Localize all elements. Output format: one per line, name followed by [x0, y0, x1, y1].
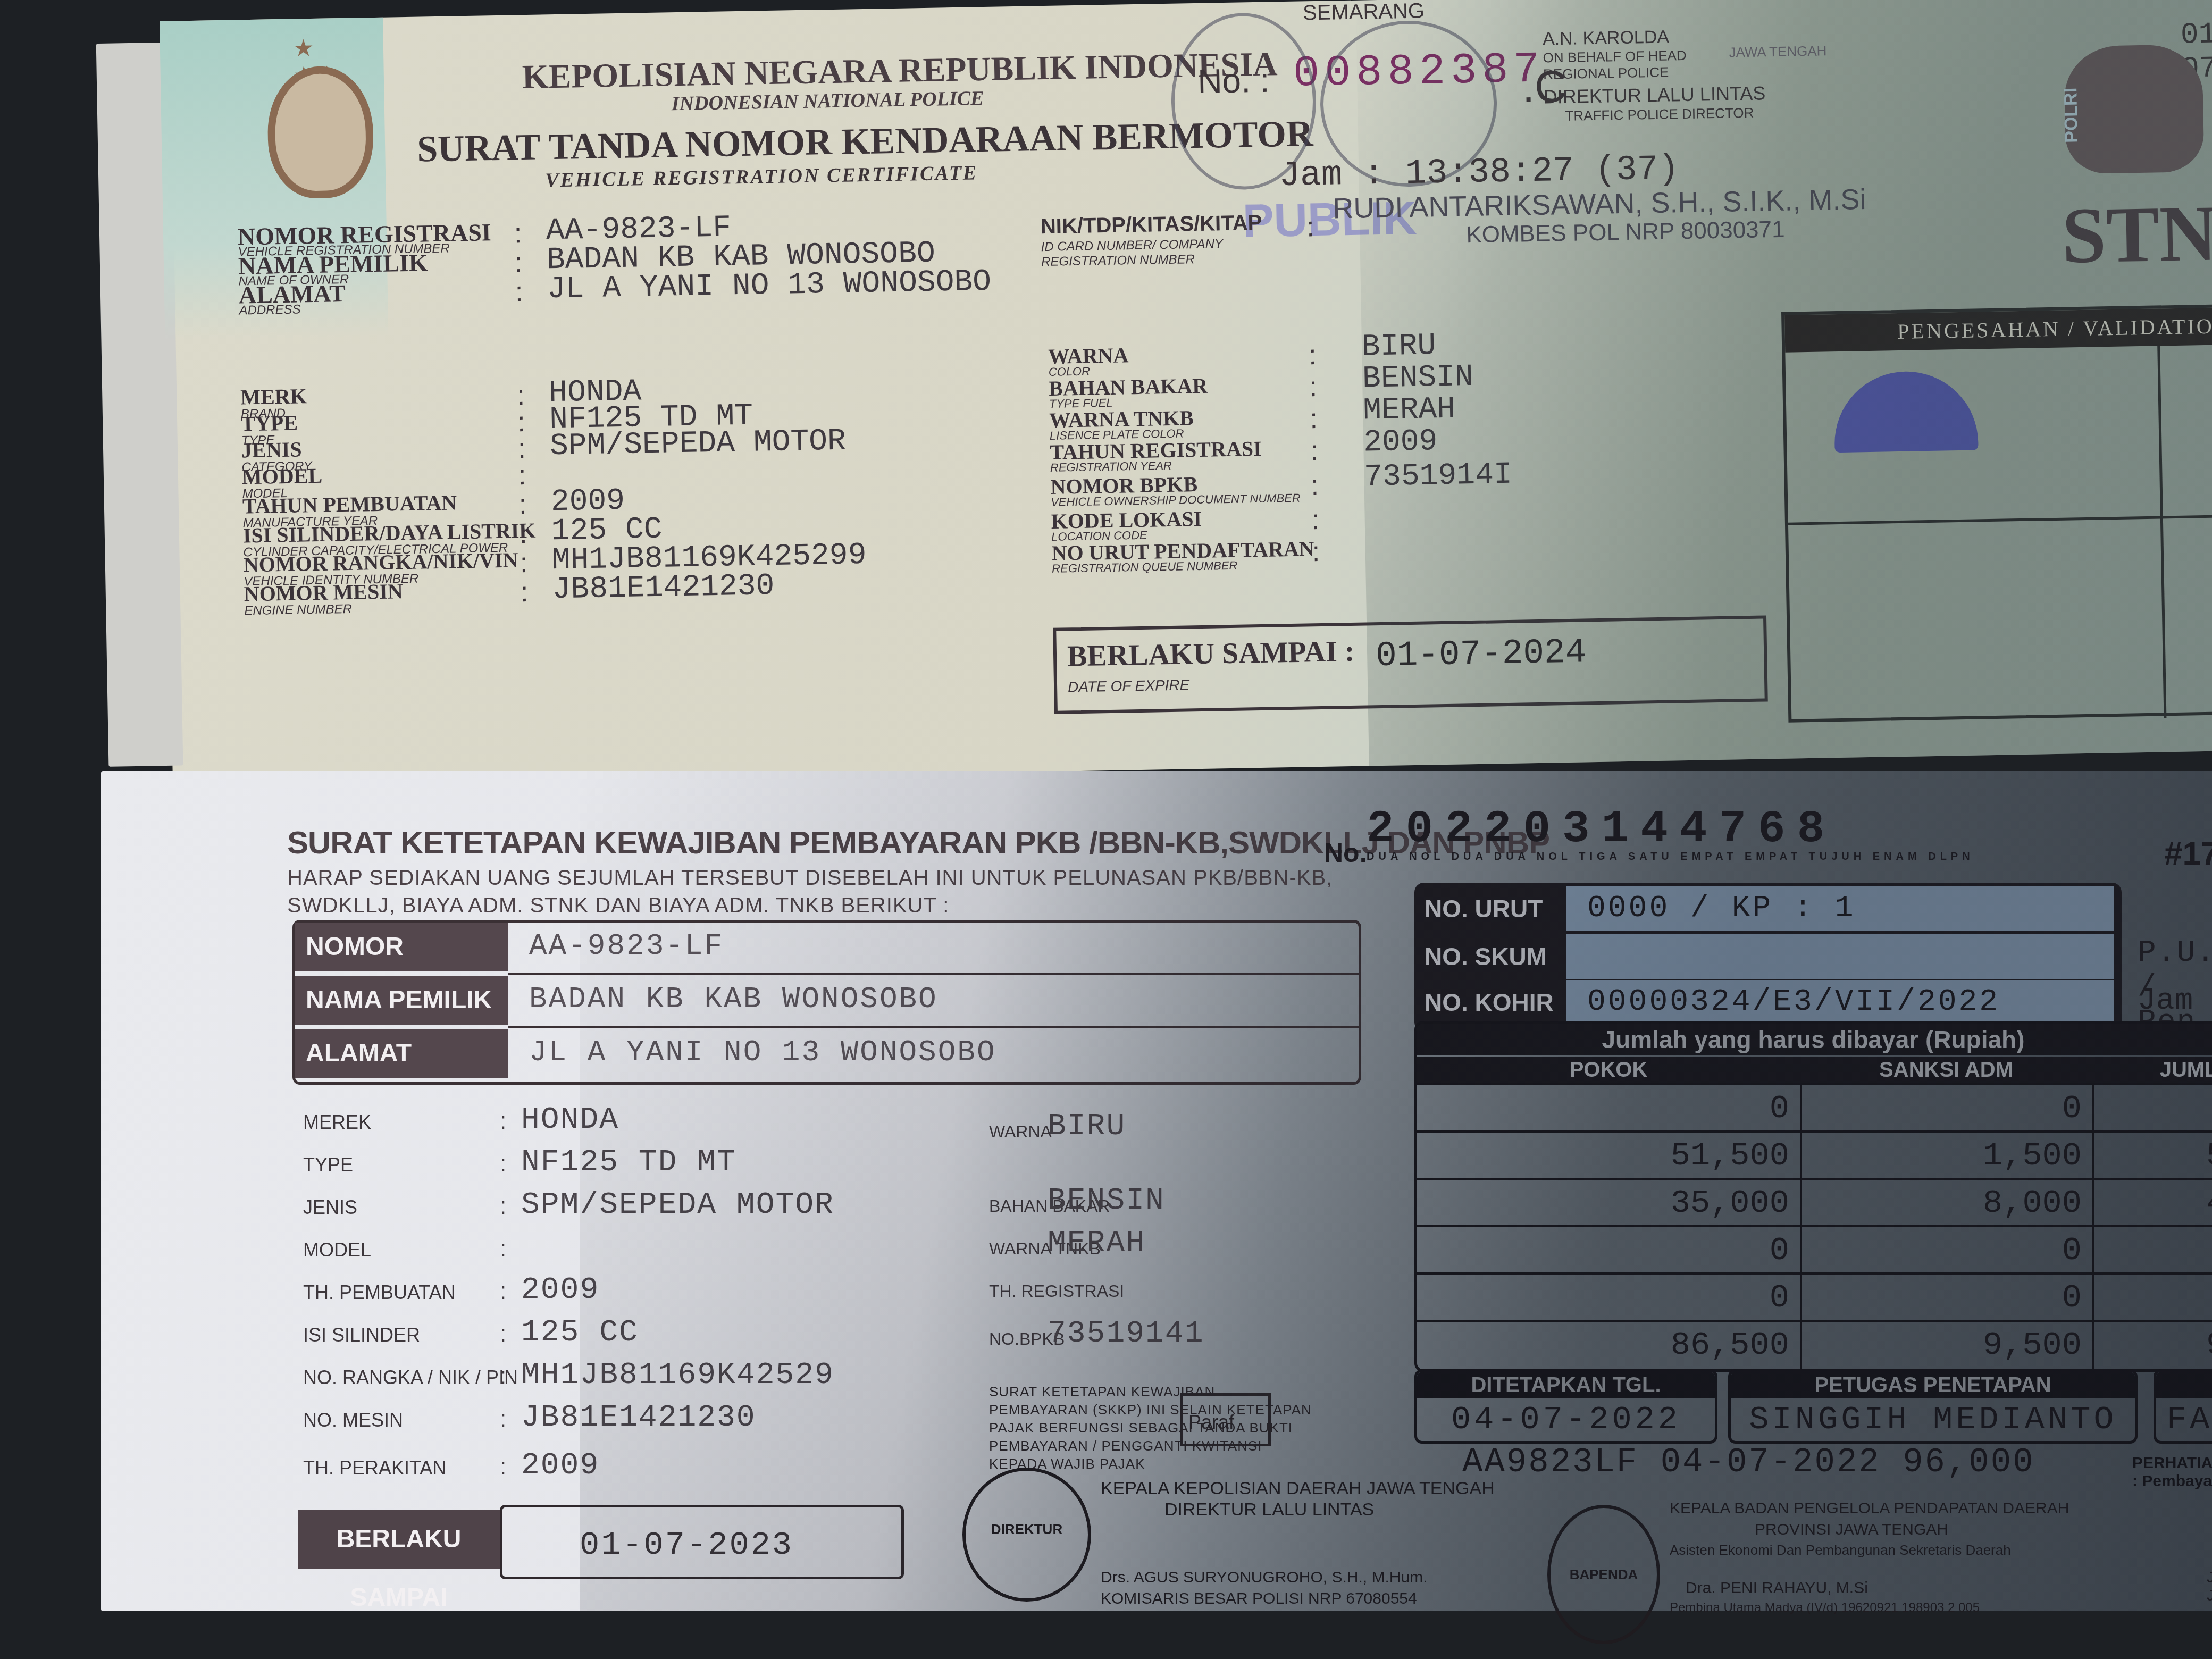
expiry-label: BERLAKU SAMPAI : [1067, 636, 1355, 671]
field-colon: : [1309, 371, 1317, 403]
field-colon: : [520, 576, 528, 608]
skkp-field-label: TYPE [303, 1154, 353, 1176]
shadow-overlay [580, 771, 2212, 1611]
expiry-label: BERLAKU SAMPAI [298, 1510, 500, 1569]
field-label: BAHAN BAKAR [1049, 375, 1208, 399]
skkp-field-colon: : [500, 1278, 506, 1305]
stnk-card: ★★★ KEPOLISIAN NEGARA REPUBLIK INDONESIA… [160, 0, 2212, 787]
skkp-field-label: JENIS [303, 1196, 357, 1219]
skkp-field-colon: : [500, 1454, 506, 1480]
field-sublabel: REGISTRATION YEAR [1050, 459, 1172, 475]
field-colon: : [1311, 504, 1319, 536]
skkp-field-colon: : [500, 1193, 506, 1220]
skkp-field-colon: : [500, 1108, 506, 1135]
field-label: TYPE [241, 413, 298, 435]
nik-sub: ID CARD NUMBER/ COMPANY REGISTRATION NUM… [1041, 235, 1318, 270]
field-value: JB81E1421230 [552, 569, 775, 607]
skkp-field-label: TH. PEMBUATAN [303, 1281, 456, 1304]
agency-name-en: INDONESIAN NATIONAL POLICE [671, 87, 984, 115]
field-colon: : [515, 247, 523, 279]
reg-number-label: NOMOR REGISTRASI [295, 923, 508, 971]
skkp-field-colon: : [500, 1236, 506, 1262]
field-colon: : [1311, 470, 1319, 501]
field-colon: : [1309, 339, 1317, 371]
shadow-overlay [1356, 0, 2212, 766]
field-label: WARNA [1048, 345, 1129, 367]
address-label: ALAMAT [295, 1029, 508, 1078]
skkp-field-label: TH. PERAKITAN [303, 1457, 446, 1479]
field-colon: : [1310, 435, 1318, 467]
field-sublabel: ADDRESS [239, 302, 301, 318]
field-sublabel: ENGINE NUMBER [244, 602, 352, 619]
field-value: SPM/SEPEDA MOTOR [550, 424, 847, 464]
field-colon: : [519, 518, 527, 550]
skkp-field-colon: : [500, 1363, 506, 1390]
skkp-field-label: MEREK [303, 1111, 371, 1134]
skkp-card: SURAT KETETAPAN KEWAJIBAN PEMBAYARAN PKB… [101, 771, 2212, 1611]
field-label: JENIS [241, 439, 302, 461]
expiry-sub: DATE OF EXPIRE [1068, 676, 1190, 696]
field-label: MERK [240, 386, 307, 408]
nik-colon: : [1306, 211, 1314, 243]
owner-label: NAMA PEMILIK [295, 976, 508, 1025]
field-sublabel: REGISTRATION QUEUE NUMBER [1052, 559, 1238, 576]
field-colon: : [518, 459, 526, 491]
field-colon: : [1310, 403, 1318, 435]
skkp-field-label: ISI SILINDER [303, 1324, 420, 1346]
field-colon: : [520, 547, 527, 579]
field-colon: : [518, 489, 526, 521]
skkp-field-label: NO. RANGKA / NIK / PIN [303, 1367, 518, 1389]
field-label: TAHUN PEMBUATAN [242, 492, 457, 517]
field-label: NOMOR MESIN [244, 581, 403, 605]
skkp-field-colon: : [500, 1321, 506, 1347]
field-colon: : [1312, 536, 1320, 568]
nik-label: NIK/TDP/KITAS/KITAP [1041, 212, 1262, 237]
skkp-field-label: NO. MESIN [303, 1409, 403, 1431]
skkp-field-colon: : [500, 1406, 506, 1432]
field-colon: : [515, 276, 523, 308]
field-colon: : [514, 217, 522, 249]
field-label: MODEL [242, 465, 323, 488]
field-value: JL A YANI NO 13 WONOSOBO [547, 265, 991, 307]
skkp-field-colon: : [500, 1151, 506, 1177]
skkp-field-label: MODEL [303, 1239, 371, 1261]
